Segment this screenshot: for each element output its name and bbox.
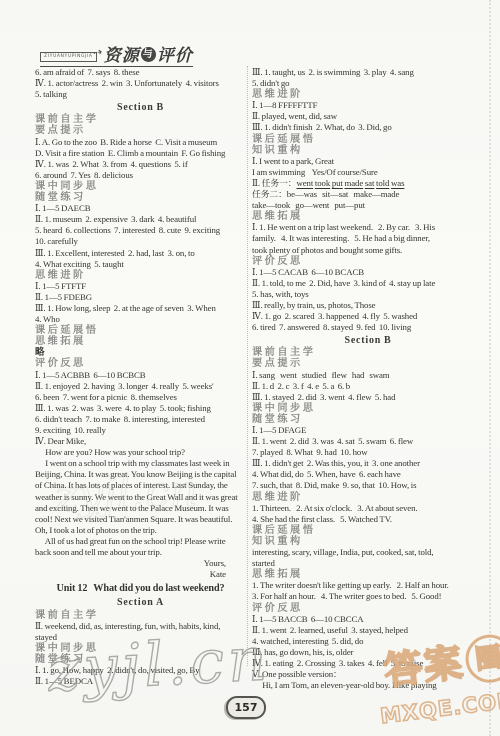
answer-line: Ⅱ. 1—5 BEDCA — [35, 676, 246, 687]
signature-line: Kate — [35, 569, 246, 580]
signature-line: Yours, — [35, 558, 246, 569]
answer-line: took plenty of photos and bought some gi… — [252, 245, 484, 256]
cn-heading: 课前自主学 — [35, 610, 246, 621]
cn-heading: 思维拓展 — [35, 336, 246, 347]
answer-line: 9. exciting 10. really — [35, 425, 246, 436]
cn-heading: 思维拓展 — [252, 211, 484, 222]
answer-line: Ⅰ. 1—8 FFFFFTTF — [252, 100, 484, 111]
answer-line: and exciting. Then we went to the Palace… — [35, 503, 246, 514]
answer-line: 3. For half an hour. 4. The writer goes … — [252, 591, 484, 602]
answer-content: 6. am afraid of 7. says 8. theseⅣ. 1. ac… — [35, 67, 484, 691]
answer-line: Ⅴ. One possible version： — [252, 669, 484, 680]
cn-heading: 课前自主学 — [35, 114, 246, 125]
cn-heading: 评价反思 — [35, 358, 246, 369]
answer-line: Ⅱ. 任务一：went took put made sat told was — [252, 178, 484, 189]
answer-line: Ⅰ. 1—5 BACCB 6—10 CBCCA — [252, 614, 484, 625]
answer-line: I am swimming Yes/Of course/Sure — [252, 167, 484, 178]
answer-line: All of us had great fun on the school tr… — [35, 536, 246, 547]
logo-pinyin-text: ZIYUANYUPINGJIA — [44, 54, 93, 59]
answer-line: 7. played 8. What 9. had 10. how — [252, 447, 484, 458]
answer-line: 6. been 7. went for a picnic 8. themselv… — [35, 392, 246, 403]
answer-line: 5. heard 6. collections 7. interested 8.… — [35, 225, 246, 236]
cn-heading: 随堂练习 — [252, 414, 484, 425]
cn-heading: 思维进阶 — [252, 89, 484, 100]
cn-heading: 随堂练习 — [35, 192, 246, 203]
answer-line: Ⅰ. A. Go to the zoo B. Ride a horse C. V… — [35, 137, 246, 148]
answer-line: Ⅰ. 1. He went on a trip last weekend. 2.… — [252, 222, 484, 233]
cn-heading: 思维进阶 — [252, 492, 484, 503]
answer-line: Ⅳ. 1. actor/actress 2. win 3. Unfortunat… — [35, 78, 246, 89]
section-heading: Section A — [35, 595, 246, 609]
answer-line: of China. It has lots of places of inter… — [35, 480, 246, 491]
dashed-arrow-icon: ⇢ — [91, 46, 103, 59]
answer-line: 6. around 7. Yes 8. delicious — [35, 170, 246, 181]
scan-edge-line — [489, 0, 491, 736]
answer-line: Ⅲ. 1. How long, sleep 2. at the age of s… — [35, 303, 246, 314]
cn-heading: 课中同步思 — [252, 403, 484, 414]
cn-heading: 评价反思 — [252, 603, 484, 614]
answer-line: Ⅲ. 1. Excellent, interested 2. had, last… — [35, 248, 246, 259]
omitted-marker: 略 — [35, 347, 246, 358]
page-number-badge: 157 — [226, 696, 266, 719]
answer-line: Ⅲ. 1. didn't finish 2. What, do 3. Did, … — [252, 122, 484, 133]
answer-line: Ⅱ. 1. told, to me 2. Did, have 3. kind o… — [252, 278, 484, 289]
section-heading: Section B — [35, 100, 246, 114]
answer-line: Hi, I am Tom, an eleven-year-old boy. I … — [252, 680, 484, 691]
answer-line: 4. What exciting 5. taught — [35, 259, 246, 270]
answer-line: take—took go—went put—put — [252, 200, 484, 211]
cn-heading: 要点提示 — [252, 358, 484, 369]
answer-line: Ⅱ. 1. went 2. did 3. was 4. sat 5. swam … — [252, 436, 484, 447]
cn-heading: 课后延展悟 — [252, 525, 484, 536]
cn-heading: 课前自主学 — [252, 347, 484, 358]
logo-title-right: 评价 — [157, 47, 193, 64]
answer-line: Beijing, China. It was great. You know B… — [35, 469, 246, 480]
answer-line: Ⅱ. 1. enjoyed 2. having 3. longer 4. rea… — [35, 381, 246, 392]
answer-line: Ⅲ. 1. taught, us 2. is swimming 3. play … — [252, 67, 484, 78]
answer-line: 6. am afraid of 7. says 8. these — [35, 67, 246, 78]
answer-line: 任务二：be—was sit—sat make—made — [252, 189, 484, 200]
left-column: 6. am afraid of 7. says 8. theseⅣ. 1. ac… — [35, 67, 246, 691]
answer-line: 6. tired 7. answered 8. stayed 9. fed 10… — [252, 322, 484, 333]
answer-line: 5. didn't go — [252, 78, 484, 89]
brand-watermark-url: MXQE.COM — [349, 688, 500, 733]
answer-line: 4. What did, do 5. When, have 6. each ha… — [252, 469, 484, 480]
answer-line: 4. watched, interesting 5. did, do — [252, 636, 484, 647]
answer-line: back soon and tell me about your trip. — [35, 547, 246, 558]
answer-line: 5. has, with, toys — [252, 289, 484, 300]
cn-heading: 课后延展悟 — [35, 325, 246, 336]
answer-line: Ⅱ. 1. museum 2. expensive 3. dark 4. bea… — [35, 214, 246, 225]
answer-line: 10. carefully — [35, 236, 246, 247]
cn-heading: 知识重构 — [252, 145, 484, 156]
cn-heading: 要点提示 — [35, 125, 246, 136]
answer-line: stayed — [35, 632, 246, 643]
answer-line: Ⅲ. 1. stayed 2. did 3. went 4. flew 5. h… — [252, 392, 484, 403]
answer-line: 1. Thirteen. 2. At six o'clock. 3. At ab… — [252, 503, 484, 514]
answer-line: Ⅳ. 1. go 2. scared 3. happened 4. fly 5.… — [252, 311, 484, 322]
right-column: Ⅲ. 1. taught, us 2. is swimming 3. play … — [252, 67, 484, 691]
answer-line: 4. Who — [35, 314, 246, 325]
answer-line: Ⅰ. I went to a park, Great — [252, 156, 484, 167]
logo-circle-glyph: 与 — [141, 47, 156, 62]
answer-line: cool! Next we visited Tian'anmen Square.… — [35, 514, 246, 525]
answer-line: Ⅱ. 1. d 2. c 3. f 4. e 5. a 6. b — [252, 381, 484, 392]
answer-line: 4. She had the first class. 5. Watched T… — [252, 514, 484, 525]
cn-heading: 评价反思 — [252, 256, 484, 267]
answer-line: How are you? How was your school trip? — [35, 447, 246, 458]
answer-line: Ⅲ. really, by train, us, photos, Those — [252, 300, 484, 311]
answer-line: 6. didn't teach 7. to make 8. interestin… — [35, 414, 246, 425]
answer-line: Ⅳ. Dear Mike, — [35, 436, 246, 447]
cn-heading: 思维进阶 — [35, 270, 246, 281]
answer-line: 5. talking — [35, 89, 246, 100]
cn-heading: 课后延展悟 — [252, 134, 484, 145]
answer-line: Ⅱ. 1—5 FDEBG — [35, 292, 246, 303]
answer-line: Ⅱ. weekend, did, as, interesting, fun, w… — [35, 621, 246, 632]
answer-line: started — [252, 558, 484, 569]
cn-heading: 课中同步思 — [35, 181, 246, 192]
answer-line: Ⅱ. 1. went 2. learned, useful 3. stayed,… — [252, 625, 484, 636]
logo-title: 资源与评价 — [104, 47, 193, 64]
answer-line: family. 4. It was interesting. 5. He had… — [252, 233, 484, 244]
answer-line: Ⅰ. 1. go, How, happy 2. didn't, do, visi… — [35, 665, 246, 676]
answer-line: Ⅲ. 1. didn't get 2. Was this, you, it 3.… — [252, 458, 484, 469]
answer-line: Ⅳ. 1. eating 2. Crossing 3. takes 4. fel… — [252, 658, 484, 669]
page-number: 157 — [235, 701, 258, 714]
brand-logo: ZIYUANYUPINGJIA ⇢ 资源与评价 — [40, 40, 193, 67]
section-heading: Section B — [252, 333, 484, 347]
logo-title-left: 资源 — [104, 47, 140, 64]
answer-line: weather is sunny. We went to the Great W… — [35, 492, 246, 503]
answer-line: 7. such, that 8. Did, make 9. so, that 1… — [252, 480, 484, 491]
answer-line: Ⅲ. 1. was 2. was 3. were 4. to play 5. t… — [35, 403, 246, 414]
cn-heading: 思维拓展 — [252, 569, 484, 580]
answer-line: Ⅰ. 1—5 FTFTF — [35, 281, 246, 292]
answer-line: Ⅰ. 1—5 CACAB 6—10 BCACB — [252, 267, 484, 278]
scanned-workbook-page: ZIYUANYUPINGJIA ⇢ 资源与评价 6. am afraid of … — [0, 0, 500, 736]
cn-heading: 课中同步思 — [35, 643, 246, 654]
answer-line: I went on a school trip with my classmat… — [35, 458, 246, 469]
answer-line: Ⅰ. sang went studied flew had swam — [252, 370, 484, 381]
answer-line: Ⅰ. 1—5 DAECB — [35, 203, 246, 214]
answer-line: Ⅰ. 1—5 DFAGE — [252, 425, 484, 436]
answer-line: Ⅳ. 1. was 2. What 3. from 4. questions 5… — [35, 159, 246, 170]
unit-title: Unit 12 What did you do last weekend? — [35, 580, 246, 595]
answer-line: D. Visit a fire station E. Climb a mount… — [35, 148, 246, 159]
logo-pinyin-box: ZIYUANYUPINGJIA — [40, 52, 97, 63]
answer-line: interesting, scary, village, India, put,… — [252, 547, 484, 558]
answer-line: Ⅲ. has, go down, his, is, older — [252, 647, 484, 658]
cn-heading: 知识重构 — [252, 536, 484, 547]
answer-line: Ⅰ. 1—5 ACBBB 6—10 BCBCB — [35, 370, 246, 381]
answer-line: Oh, I took a lot of photos on the trip. — [35, 525, 246, 536]
answer-line: 1. The writer doesn't like getting up ea… — [252, 580, 484, 591]
cn-heading: 随堂练习 — [35, 654, 246, 665]
answer-line: Ⅱ. played, went, did, saw — [252, 111, 484, 122]
